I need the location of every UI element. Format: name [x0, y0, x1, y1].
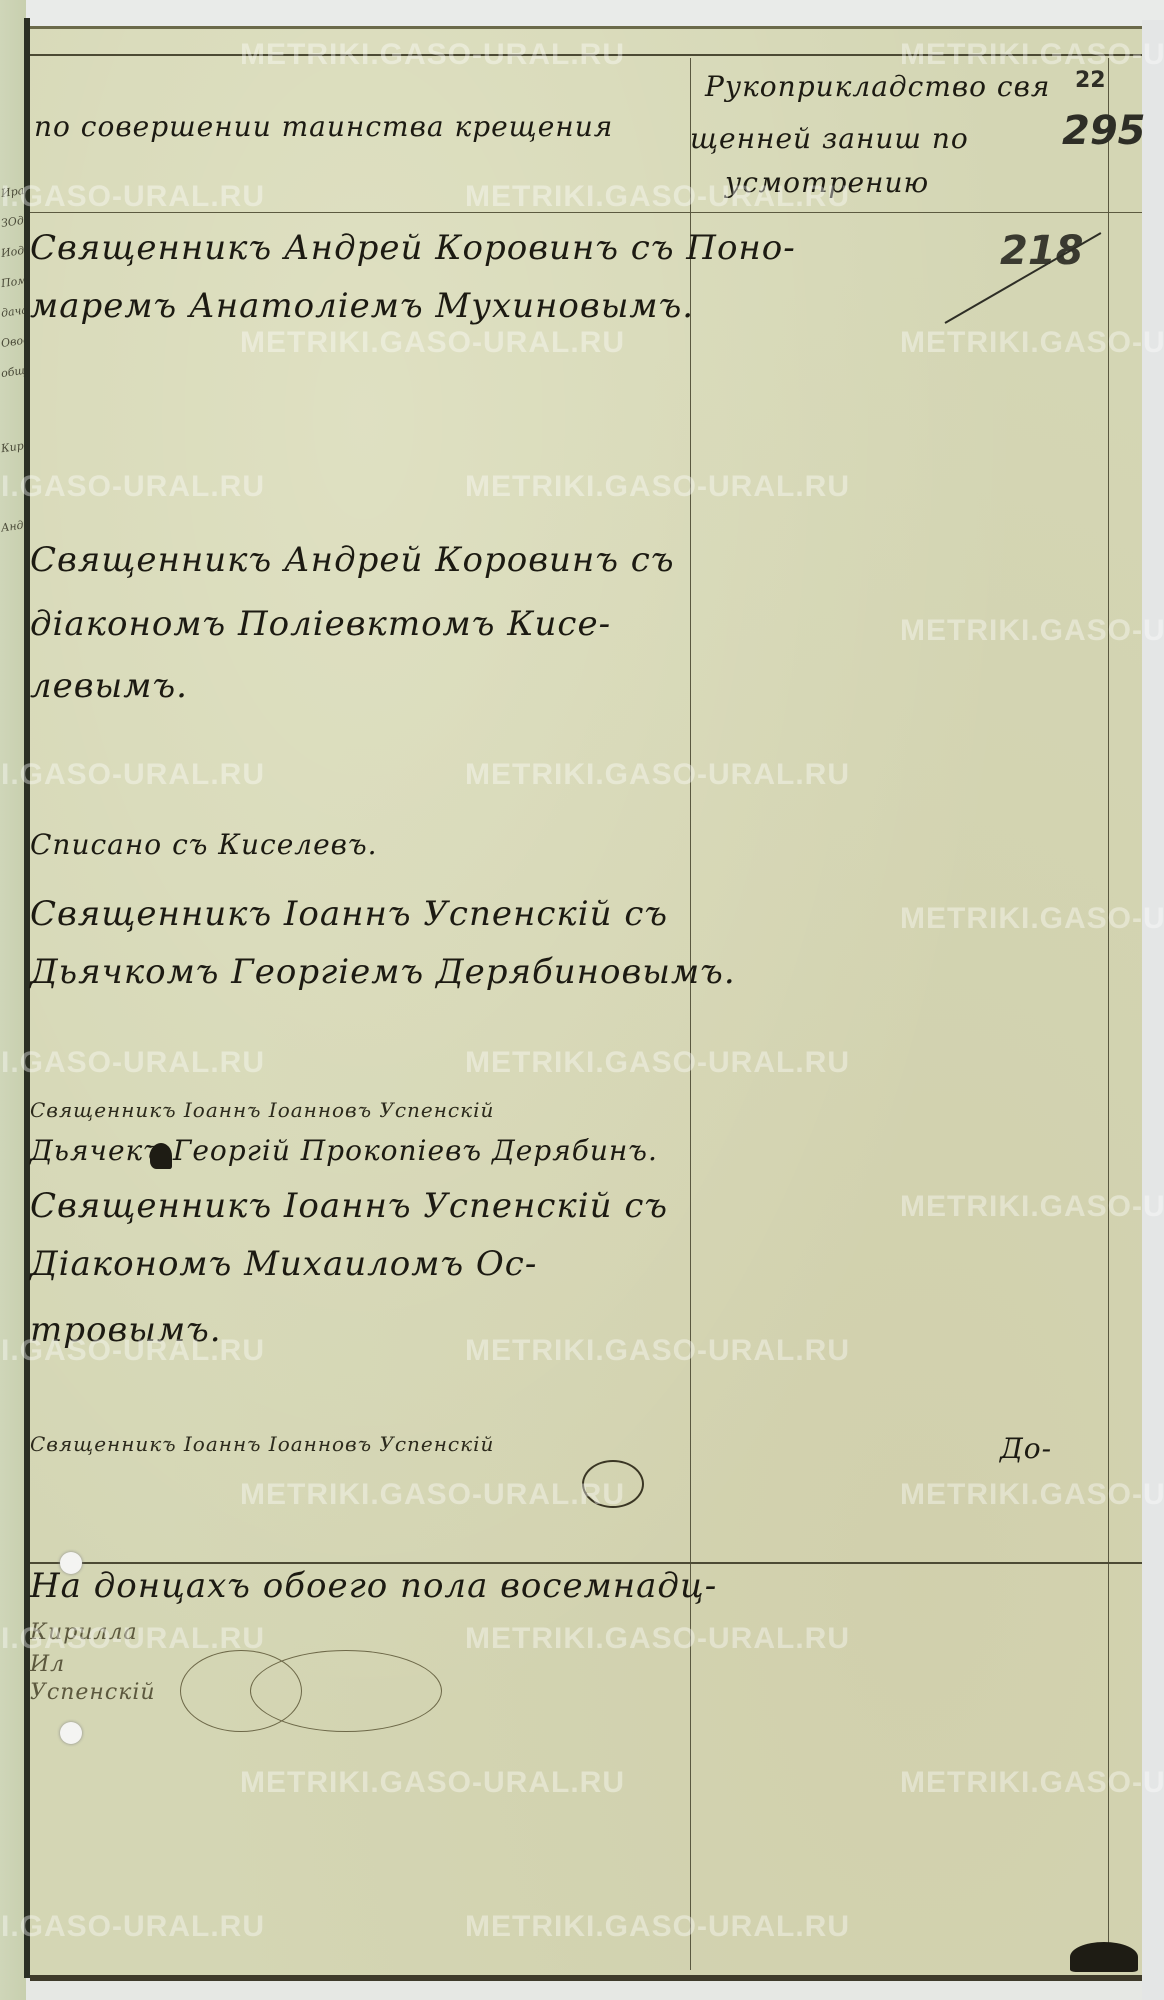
entry-2-line-2: діакономъ Поліевктомъ Кисе- — [30, 604, 611, 644]
watermark: METRIKI.GASO-URAL.RU — [465, 180, 850, 214]
entry-4-line-2: Дьячкомъ Георгіемъ Дерябиновымъ. — [30, 952, 736, 992]
watermark: METRIKI.GASO-URAL.RU — [0, 1622, 265, 1656]
scan-background-right — [1142, 20, 1164, 2000]
entry-4-line-1: Священникъ Іоаннъ Успенскій съ — [30, 894, 668, 934]
watermark: METRIKI.GASO-URAL.RU — [900, 326, 1164, 360]
entry-1-line-1: Священникъ Андрей Коровинъ съ Поно- — [30, 228, 796, 268]
watermark: METRIKI.GASO-URAL.RU — [465, 1046, 850, 1080]
entry-5-signature-line: Священникъ Іоаннъ Іоанновъ Успенскій — [30, 1098, 494, 1122]
watermark: METRIKI.GASO-URAL.RU — [900, 1478, 1164, 1512]
left-page-margin: Ирак ЗОде Иода Пома дача Овод обще Кирш … — [0, 0, 26, 2000]
watermark: METRIKI.GASO-URAL.RU — [900, 38, 1164, 72]
section-divider-rule — [30, 1562, 1142, 1564]
watermark: METRIKI.GASO-URAL.RU — [900, 1766, 1164, 1800]
faint-seal-oval — [250, 1650, 442, 1732]
column-divider — [690, 58, 691, 1970]
watermark: METRIKI.GASO-URAL.RU — [465, 758, 850, 792]
watermark: METRIKI.GASO-URAL.RU — [900, 614, 1164, 648]
entry-6-signature: Священникъ Іоаннъ Іоанновъ Успенскій — [30, 1432, 494, 1456]
entry-3-line-1: Списано съ Киселевъ. — [30, 828, 378, 861]
header-right-line1: Рукоприкладство свя — [705, 70, 1050, 103]
watermark: METRIKI.GASO-URAL.RU — [0, 1046, 265, 1080]
footer-faint-signature-3: Успенскій — [30, 1680, 156, 1705]
watermark: METRIKI.GASO-URAL.RU — [900, 1190, 1164, 1224]
watermark: METRIKI.GASO-URAL.RU — [0, 1910, 265, 1944]
watermark: METRIKI.GASO-URAL.RU — [0, 1334, 265, 1368]
entry-5-line-3: Священникъ Іоаннъ Успенскій съ — [30, 1186, 668, 1226]
entry-2-line-3: левымъ. — [30, 666, 188, 706]
watermark: METRIKI.GASO-URAL.RU — [240, 38, 625, 72]
watermark: METRIKI.GASO-URAL.RU — [0, 180, 265, 214]
corner-damage — [1070, 1942, 1138, 1972]
margin-fragment: Анд — [0, 518, 24, 534]
watermark: METRIKI.GASO-URAL.RU — [240, 326, 625, 360]
watermark: METRIKI.GASO-URAL.RU — [240, 1766, 625, 1800]
watermark: METRIKI.GASO-URAL.RU — [465, 470, 850, 504]
entry-2-line-1: Священникъ Андрей Коровинъ съ — [30, 540, 675, 580]
folio-number: 295 — [1062, 108, 1146, 154]
watermark: METRIKI.GASO-URAL.RU — [0, 758, 265, 792]
watermark: METRIKI.GASO-URAL.RU — [0, 470, 265, 504]
watermark: METRIKI.GASO-URAL.RU — [900, 902, 1164, 936]
header-left-column: по совершении таинства крещения — [34, 110, 613, 143]
watermark: METRIKI.GASO-URAL.RU — [240, 1478, 625, 1512]
punch-hole — [60, 1552, 82, 1574]
entry-5-line-4: Діакономъ Михаиломъ Ос- — [30, 1244, 537, 1284]
footer-line: На донцахъ обоего пола восемнадц- — [30, 1566, 717, 1606]
watermark: METRIKI.GASO-URAL.RU — [465, 1334, 850, 1368]
entry-5-line-2: Дьячекъ Георгій Прокопіевъ Дерябинъ. — [30, 1134, 658, 1167]
entry-1-line-2: маремъ Анатоліемъ Мухиновымъ. — [30, 286, 694, 326]
entry-6-right-note: До- — [1000, 1432, 1052, 1465]
watermark: METRIKI.GASO-URAL.RU — [465, 1622, 850, 1656]
ink-blot — [150, 1143, 172, 1169]
punch-hole — [60, 1722, 82, 1744]
header-right-line2: щенней заниш по — [690, 122, 969, 155]
watermark: METRIKI.GASO-URAL.RU — [465, 1910, 850, 1944]
